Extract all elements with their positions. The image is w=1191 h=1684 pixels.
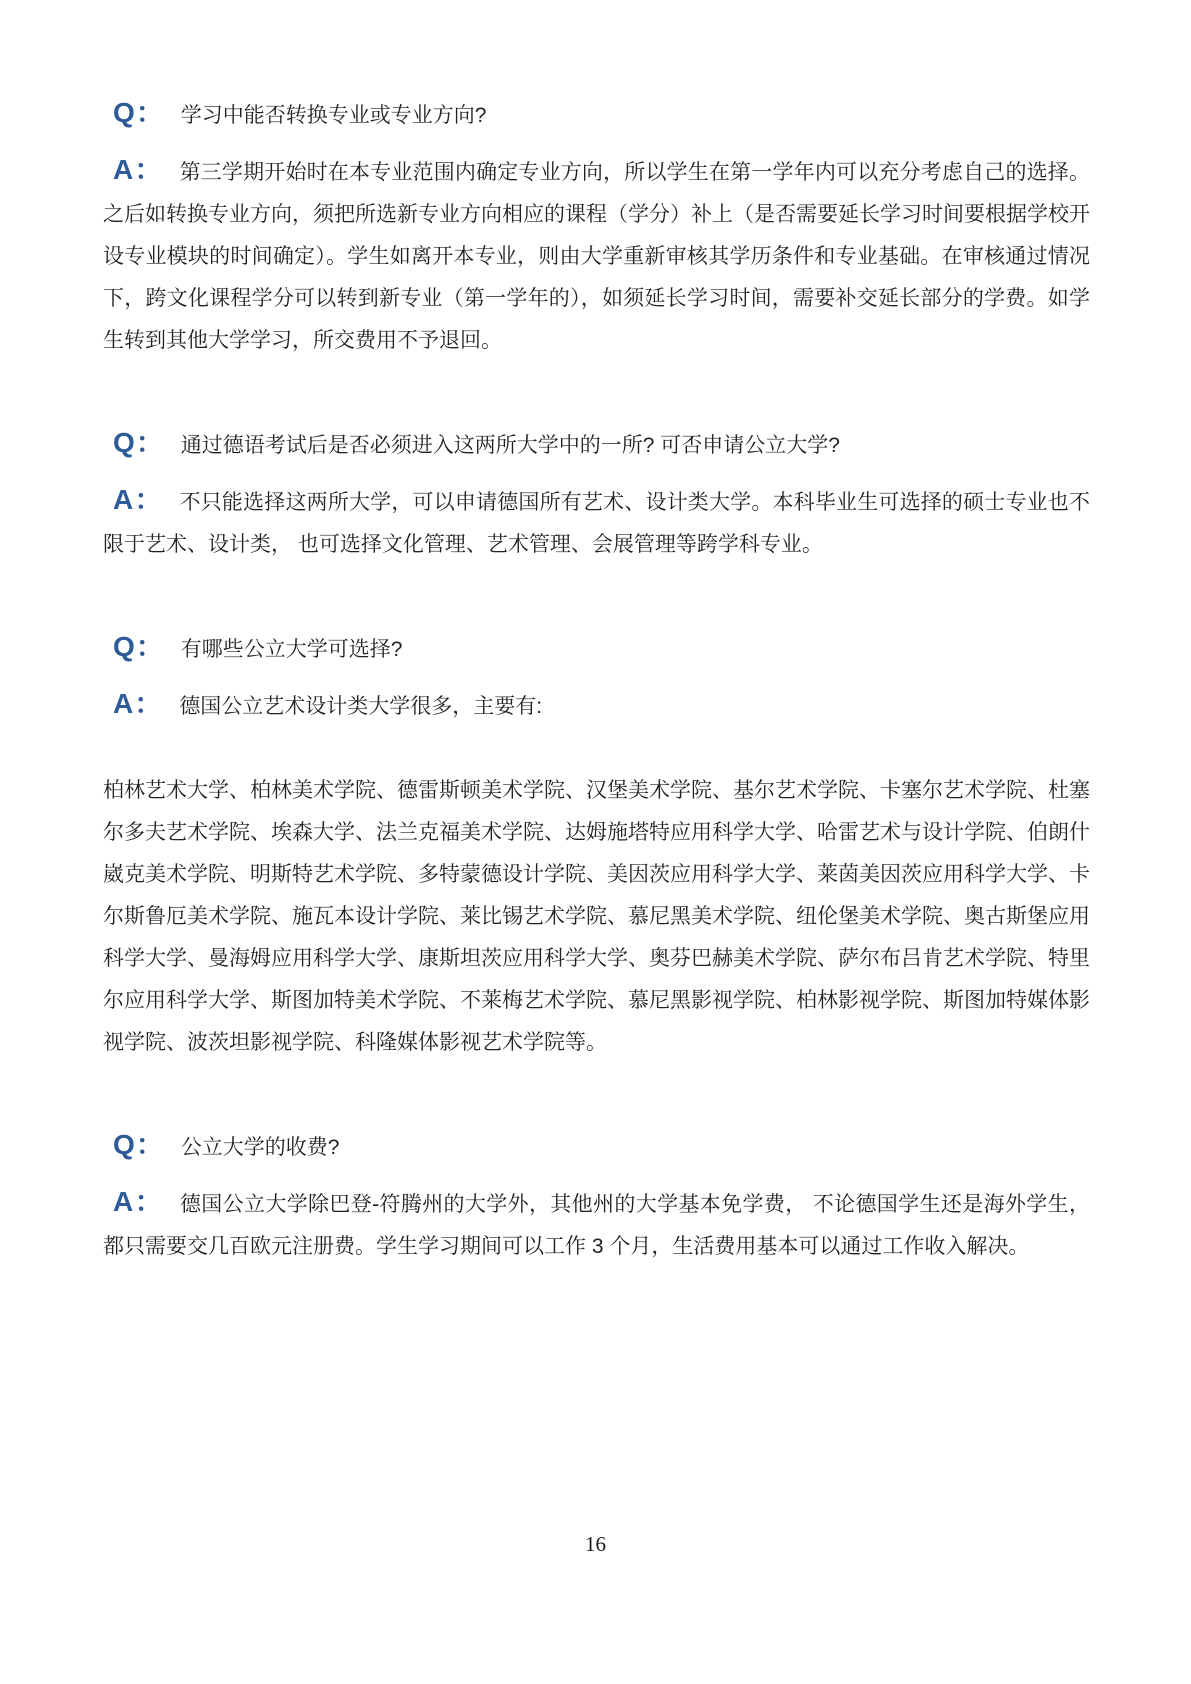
question-line: Q：有哪些公立大学可选择? [103,626,1090,671]
answer-text: 德国公立大学除巴登-符腾州的大学外，其他州的大学基本免学费， 不论德国学生还是海… [103,1193,1090,1258]
qa-block-1: Q：学习中能否转换专业或专业方向? A：第三学期开始时在本专业范围内确定专业方向… [103,92,1090,362]
university-list-paragraph: 柏林艺术大学、柏林美术学院、德雷斯顿美术学院、汉堡美术学院、基尔艺术学院、卡塞尔… [103,770,1090,1064]
answer-marker: A： [113,1186,164,1217]
answer-paragraph: A：德国公立大学除巴登-符腾州的大学外，其他州的大学基本免学费， 不论德国学生还… [103,1181,1090,1268]
question-line: Q：通过德语考试后是否必须进入这两所大学中的一所? 可否申请公立大学? [103,422,1090,467]
answer-text: 不只能选择这两所大学，可以申请德国所有艺术、设计类大学。本科毕业生可选择的硕士专… [103,491,1090,556]
answer-text: 德国公立艺术设计类大学很多，主要有: [179,695,542,718]
question-line: Q：学习中能否转换专业或专业方向? [103,92,1090,137]
question-text: 公立大学的收费? [181,1136,340,1159]
question-marker: Q： [113,631,165,662]
question-marker: Q： [113,427,165,458]
page-number: 16 [0,1532,1191,1557]
answer-text: 第三学期开始时在本专业范围内确定专业方向，所以学生在第一学年内可以充分考虑自己的… [103,161,1090,352]
answer-paragraph: A：德国公立艺术设计类大学很多，主要有: [103,683,1090,728]
question-marker: Q： [113,97,165,128]
question-line: Q：公立大学的收费? [103,1124,1090,1169]
question-text: 学习中能否转换专业或专业方向? [181,104,487,127]
qa-block-2: Q：通过德语考试后是否必须进入这两所大学中的一所? 可否申请公立大学? A：不只… [103,422,1090,566]
document-page: Q：学习中能否转换专业或专业方向? A：第三学期开始时在本专业范围内确定专业方向… [0,0,1191,1684]
question-text: 通过德语考试后是否必须进入这两所大学中的一所? 可否申请公立大学? [181,434,840,457]
answer-paragraph: A：第三学期开始时在本专业范围内确定专业方向，所以学生在第一学年内可以充分考虑自… [103,149,1090,362]
answer-marker: A： [113,484,164,515]
question-text: 有哪些公立大学可选择? [181,638,403,661]
answer-paragraph: A：不只能选择这两所大学，可以申请德国所有艺术、设计类大学。本科毕业生可选择的硕… [103,479,1090,566]
answer-marker: A： [113,154,164,185]
question-marker: Q： [113,1129,165,1160]
qa-block-4: Q：公立大学的收费? A：德国公立大学除巴登-符腾州的大学外，其他州的大学基本免… [103,1124,1090,1268]
answer-marker: A： [113,688,163,719]
qa-block-3: Q：有哪些公立大学可选择? A：德国公立艺术设计类大学很多，主要有: 柏林艺术大… [103,626,1090,1064]
